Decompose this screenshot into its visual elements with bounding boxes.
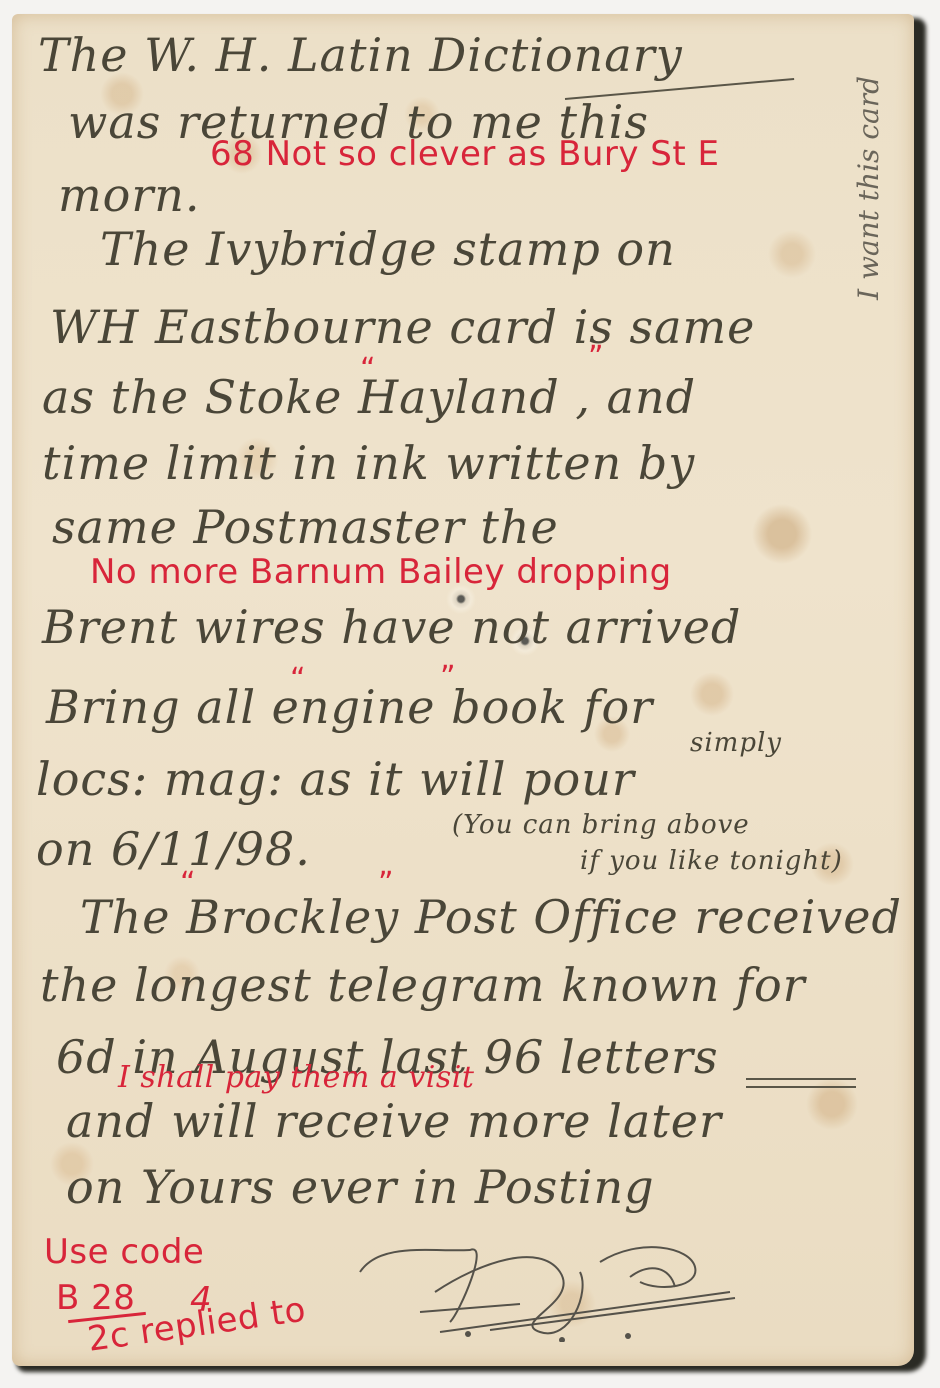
- text-line-11: locs: mag: as it will pour: [36, 752, 635, 806]
- text-line-17: on Yours ever in Posting: [66, 1160, 655, 1214]
- signature: H. E. Ora: [340, 1232, 760, 1342]
- insertion-simply: simply: [690, 728, 782, 758]
- text-line-6: as the Stoke Hayland , and: [42, 370, 696, 424]
- text-line-16: and will receive more later: [66, 1094, 722, 1148]
- red-annotation-code-b: B 28: [56, 1278, 135, 1318]
- text-line-1: The W. H. Latin Dictionary: [38, 28, 683, 82]
- signature-flourish-icon: [340, 1232, 760, 1342]
- text-line-7: time limit in ink written by: [42, 436, 695, 490]
- text-line-13: The Brockley Post Office received: [80, 890, 902, 944]
- text-line-12: on 6/11/98.: [36, 822, 311, 876]
- red-annotation-use-code: Use code: [44, 1232, 204, 1272]
- text-line-5: WH Eastbourne card is same: [50, 300, 755, 354]
- text-line-10: Bring all engine book for: [46, 680, 653, 734]
- text-line-8: same Postmaster the: [52, 500, 559, 554]
- parenthetical-line-2: if you like tonight): [580, 846, 843, 876]
- red-annotation-visit: I shall pay them a visit: [118, 1060, 474, 1095]
- text-line-14: the longest telegram known for: [40, 958, 806, 1012]
- red-annotation-barnum: No more Barnum Bailey dropping: [90, 552, 672, 592]
- text-line-3: morn.: [58, 168, 201, 222]
- margin-note-vertical: I want this card: [852, 76, 885, 300]
- text-line-9: Brent wires have not arrived: [42, 600, 741, 654]
- double-underline-96-letters: [746, 1078, 856, 1088]
- margin-note-text: I want this card: [852, 76, 885, 300]
- red-annotation-bury: 68 Not so clever as Bury St E: [210, 134, 720, 174]
- text-line-4: The Ivybridge stamp on: [100, 222, 676, 276]
- parenthetical-line-1: (You can bring above: [452, 810, 750, 840]
- code-b28: B 28: [56, 1278, 135, 1318]
